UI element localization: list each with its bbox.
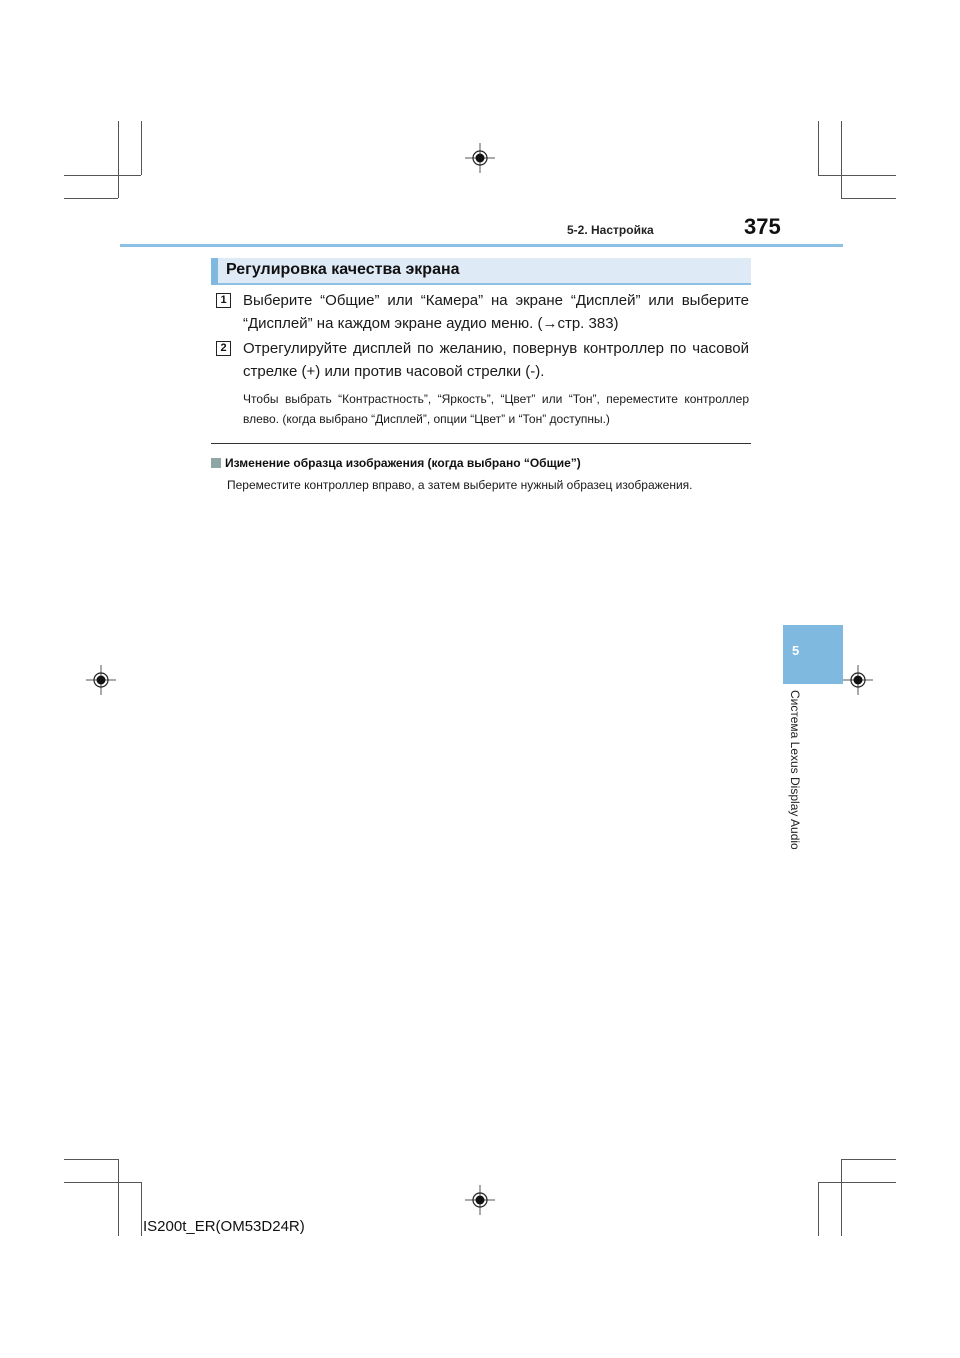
chapter-label: Система Lexus Display Audio: [788, 690, 802, 850]
crop-mark: [141, 121, 142, 175]
crop-mark: [64, 175, 141, 176]
registration-mark-icon: [86, 665, 116, 695]
crop-mark: [841, 198, 896, 199]
crop-mark: [818, 121, 819, 175]
crop-mark: [64, 198, 118, 199]
step-badge: 1: [216, 293, 231, 308]
registration-mark-icon: [843, 665, 873, 695]
section-header: Регулировка качества экрана: [211, 258, 751, 285]
crop-mark: [818, 1182, 819, 1236]
page-number: 375: [744, 214, 781, 240]
crop-mark: [141, 1182, 142, 1236]
chapter-tab: 5: [783, 625, 843, 684]
subsection-body: Переместите контроллер вправо, а затем в…: [227, 477, 749, 494]
crop-mark: [118, 121, 119, 198]
crop-mark: [818, 1182, 896, 1183]
crop-mark: [841, 121, 842, 198]
crop-mark: [841, 1159, 896, 1160]
step-badge: 2: [216, 341, 231, 356]
document-code: IS200t_ER(OM53D24R): [143, 1218, 305, 1235]
step-text: Выберите “Общие” или “Камера” на экране …: [243, 289, 749, 335]
subsection-heading-text: Изменение образца изображения (когда выб…: [225, 456, 581, 470]
subsection-heading: Изменение образца изображения (когда выб…: [211, 456, 581, 470]
square-bullet-icon: [211, 458, 221, 468]
section-divider: [211, 443, 751, 444]
crop-mark: [64, 1159, 118, 1160]
registration-mark-icon: [465, 1185, 495, 1215]
registration-mark-icon: [465, 143, 495, 173]
crop-mark: [818, 175, 896, 176]
crop-mark: [118, 1159, 119, 1236]
header-rule: [120, 244, 843, 247]
crop-mark: [64, 1182, 141, 1183]
section-title: Регулировка качества экрана: [226, 261, 460, 279]
section-header-accent: [211, 258, 218, 285]
running-head: 5-2. Настройка: [567, 223, 654, 237]
step-text: Отрегулируйте дисплей по желанию, поверн…: [243, 337, 749, 383]
step-note: Чтобы выбрать “Контрастность”, “Яркость”…: [243, 389, 749, 429]
chapter-number: 5: [792, 643, 799, 658]
crop-mark: [841, 1159, 842, 1236]
